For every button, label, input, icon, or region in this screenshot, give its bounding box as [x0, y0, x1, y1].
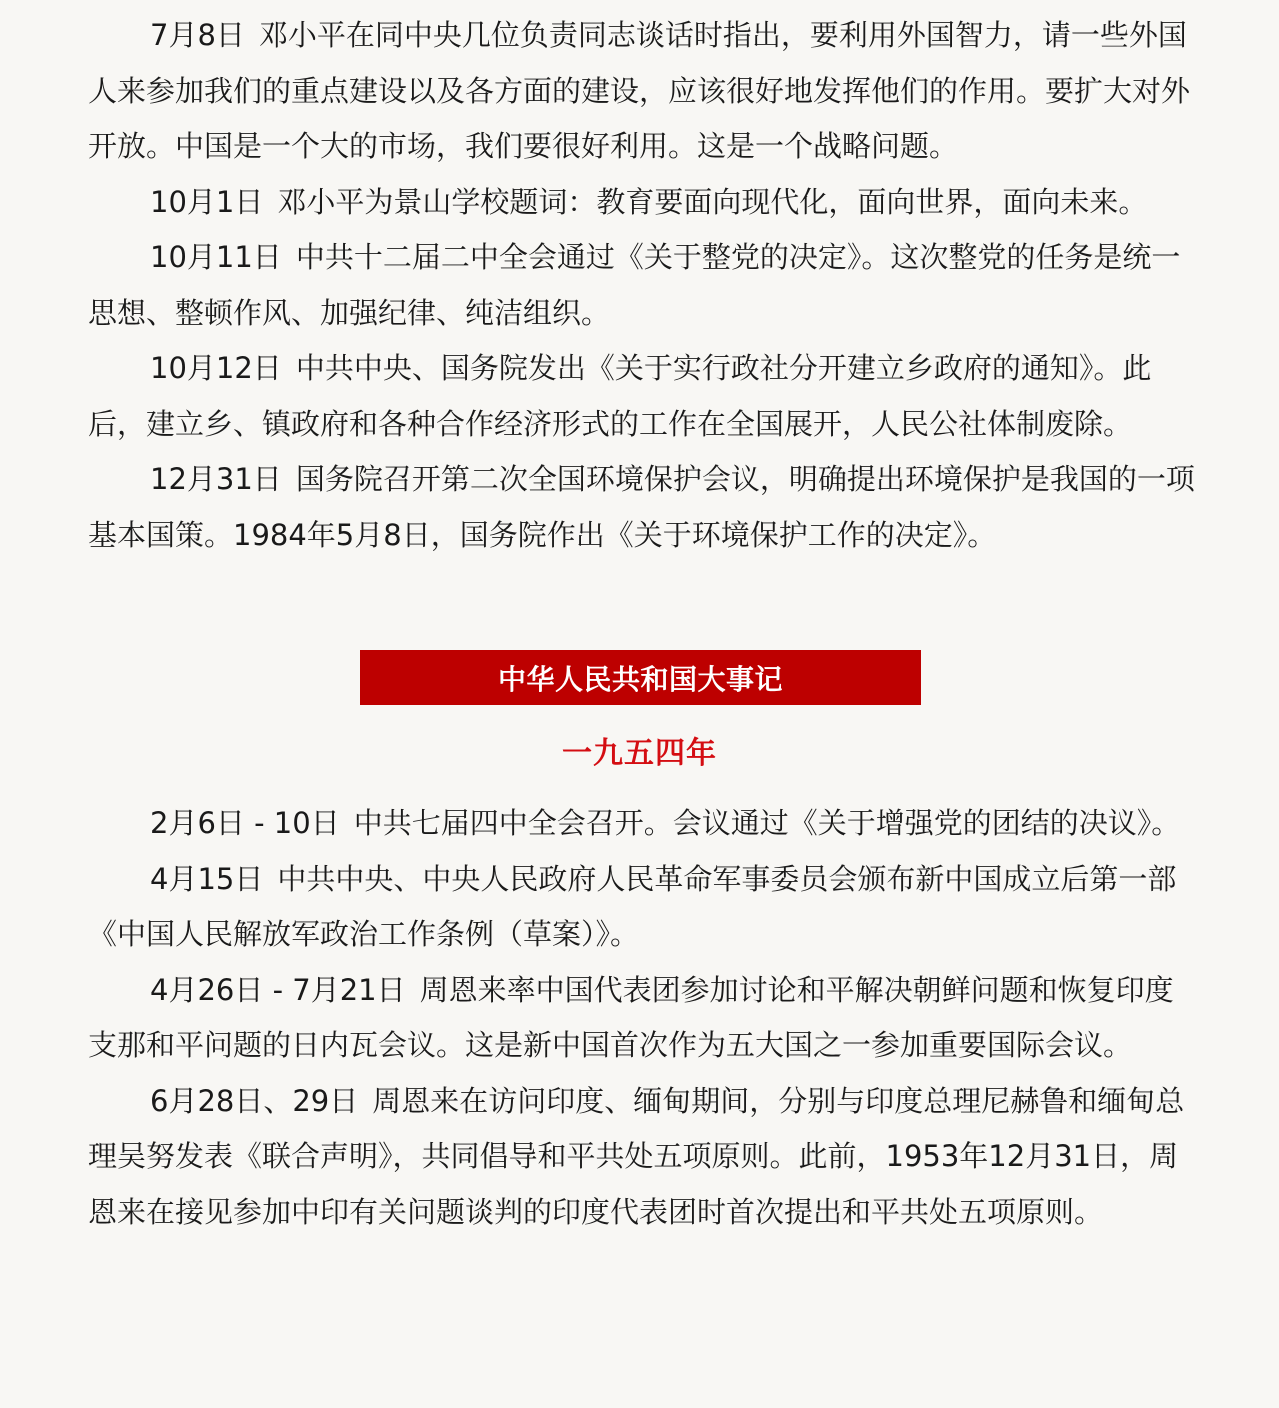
entry-paragraph: 2月6日 - 10日中共七届四中全会召开。会议通过《关于增强党的团结的决议》。 [88, 796, 1196, 852]
entry-date: 10月12日 [150, 351, 282, 385]
banner-title: 中华人民共和国大事记 [360, 650, 921, 705]
entry-date: 4月26日 - 7月21日 [150, 973, 406, 1007]
entry-date: 6月28日、29日 [150, 1084, 358, 1118]
entry-paragraph: 4月15日中共中央、中央人民政府人民革命军事委员会颁布新中国成立后第一部《中国人… [88, 852, 1196, 963]
entry-date: 12月31日 [150, 462, 282, 496]
entry-paragraph: 12月31日国务院召开第二次全国环境保护会议，明确提出环境保护是我国的一项基本国… [88, 452, 1196, 563]
entry-text: 邓小平在同中央几位负责同志谈话时指出，要利用外国智力，请一些外国人来参加我们的重… [88, 18, 1190, 163]
entry-date: 2月6日 - 10日 [150, 806, 340, 840]
entry-paragraph: 10月12日中共中央、国务院发出《关于实行政社分开建立乡政府的通知》。此后，建立… [88, 341, 1196, 452]
chronology-section-1983: 7月8日邓小平在同中央几位负责同志谈话时指出，要利用外国智力，请一些外国人来参加… [88, 8, 1196, 563]
entry-text: 邓小平为景山学校题词：教育要面向现代化，面向世界，面向未来。 [277, 185, 1147, 219]
entry-text: 中共七届四中全会召开。会议通过《关于增强党的团结的决议》。 [354, 806, 1181, 840]
year-heading: 一九五四年 [0, 732, 1279, 776]
section-banner: 中华人民共和国大事记 [360, 650, 921, 705]
entry-date: 4月15日 [150, 862, 263, 896]
entry-date: 10月1日 [150, 185, 263, 219]
entry-paragraph: 10月1日邓小平为景山学校题词：教育要面向现代化，面向世界，面向未来。 [88, 175, 1196, 231]
chronology-section-1954: 2月6日 - 10日中共七届四中全会召开。会议通过《关于增强党的团结的决议》。 … [88, 796, 1196, 1240]
entry-date: 10月11日 [150, 240, 282, 274]
entry-paragraph: 10月11日中共十二届二中全会通过《关于整党的决定》。这次整党的任务是统一思想、… [88, 230, 1196, 341]
entry-paragraph: 6月28日、29日周恩来在访问印度、缅甸期间，分别与印度总理尼赫鲁和缅甸总理吴努… [88, 1074, 1196, 1241]
entry-paragraph: 7月8日邓小平在同中央几位负责同志谈话时指出，要利用外国智力，请一些外国人来参加… [88, 8, 1196, 175]
entry-date: 7月8日 [150, 18, 245, 52]
entry-paragraph: 4月26日 - 7月21日周恩来率中国代表团参加讨论和平解决朝鲜问题和恢复印度支… [88, 963, 1196, 1074]
